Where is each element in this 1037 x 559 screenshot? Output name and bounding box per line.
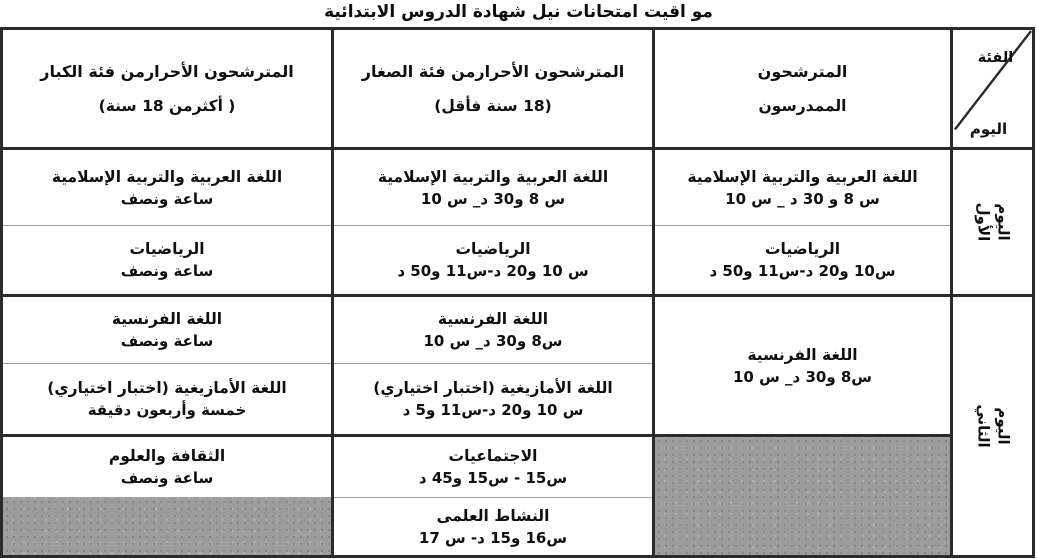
time: س16 و15 د- س 17: [338, 529, 648, 548]
day2-cell: اليوم الثاني: [952, 296, 1034, 557]
cell-young-amazigh: اللغة الأمازيغية (اختبار اختياري) س 10 و…: [333, 364, 654, 436]
cell-young-french: اللغة الفرنسية س8 و30 د_ س 10: [333, 296, 654, 364]
header-young-free-candidates: المترشحون الأحرارمن فئة الصغار (18 سنة ف…: [333, 29, 654, 149]
cell-young-arabic-islamic: اللغة العربية والتربية الإسلامية س 8 و30…: [333, 149, 654, 226]
time: س 8 و30 د_ س 10: [338, 190, 648, 209]
subject: الثقافة والعلوم: [7, 446, 327, 466]
cell-schooled-arabic-islamic: اللغة العربية والتربية الإسلامية س 8 و 3…: [654, 149, 952, 226]
time: س8 و30 د_ س 10: [338, 332, 648, 351]
time: س15 - س15 و45 د: [338, 469, 648, 488]
subject: اللغة الأمازيغية (اختبار اختياري): [338, 378, 648, 398]
header-young-line2: (18 سنة فأقل): [338, 97, 648, 115]
row-arabic-islamic: اليوم الأول اللغة العربية والتربية الإسل…: [2, 149, 1034, 226]
subject: اللغة العربية والتربية الإسلامية: [659, 167, 946, 187]
cell-schooled-french: اللغة الفرنسية س8 و30 د_ س 10: [654, 296, 952, 436]
exam-timetable: الفئة اليوم المترشحون الممدرسون المترشحو…: [0, 27, 1035, 558]
document-page: مو اقيت امتحانات نيل شهادة الدروس الابتد…: [0, 0, 1037, 559]
time: ساعة ونصف: [7, 262, 327, 281]
day-label: اليوم: [953, 120, 1024, 138]
header-adult-line1: المترشحون الأحرارمن فئة الكبار: [7, 62, 327, 83]
time: س 10 و20 د-س11 و5 د: [338, 401, 648, 420]
cell-young-social: الاجتماعيات س15 - س15 و45 د: [333, 436, 654, 498]
day1-label: اليوم الأول: [973, 196, 1012, 248]
time: س 10 و20 د-س11 و50 د: [338, 262, 648, 281]
subject: الرياضيات: [7, 239, 327, 259]
header-schooled-candidates: المترشحون الممدرسون: [654, 29, 952, 149]
row-math: الرياضيات س10 و20 د-س11 و50 د الرياضيات …: [2, 226, 1034, 296]
subject: اللغة الفرنسية: [659, 345, 946, 365]
subject: الرياضيات: [659, 239, 946, 259]
time: س 8 و 30 د _ س 10: [659, 190, 946, 209]
row-social: الاجتماعيات س15 - س15 و45 د الثقافة والع…: [2, 436, 1034, 498]
header-schooled-line1: المترشحون: [659, 62, 946, 83]
cell-adult-french: اللغة الفرنسية ساعة ونصف: [2, 296, 333, 364]
cell-schooled-math: الرياضيات س10 و20 د-س11 و50 د: [654, 226, 952, 296]
time: ساعة ونصف: [7, 190, 327, 209]
time: خمسة وأربعون دقيقة: [7, 401, 327, 420]
header-row: الفئة اليوم المترشحون الممدرسون المترشحو…: [2, 29, 1034, 149]
subject: الاجتماعيات: [338, 446, 648, 466]
header-adult-line2: ( أكثرمن 18 سنة): [7, 97, 327, 115]
cell-adult-amazigh: اللغة الأمازيغية (اختبار اختياري) خمسة و…: [2, 364, 333, 436]
subject: الرياضيات: [338, 239, 648, 259]
time: س10 و20 د-س11 و50 د: [659, 262, 946, 281]
subject: اللغة الأمازيغية (اختبار اختياري): [7, 378, 327, 398]
cell-young-math: الرياضيات س 10 و20 د-س11 و50 د: [333, 226, 654, 296]
day1-cell: اليوم الأول: [952, 149, 1034, 296]
time: ساعة ونصف: [7, 332, 327, 351]
category-label: الفئة: [959, 50, 1032, 66]
subject: اللغة العربية والتربية الإسلامية: [7, 167, 327, 187]
subject: اللغة الفرنسية: [338, 309, 648, 329]
row-french: اليوم الثاني اللغة الفرنسية س8 و30 د_ س …: [2, 296, 1034, 364]
cell-adult-culture-science: الثقافة والعلوم ساعة ونصف: [2, 436, 333, 498]
time: ساعة ونصف: [7, 469, 327, 488]
cell-adult-math: الرياضيات ساعة ونصف: [2, 226, 333, 296]
header-schooled-line2: الممدرسون: [659, 97, 946, 115]
cell-schooled-blocked: [654, 436, 952, 557]
cell-adult-blocked: [2, 498, 333, 557]
cell-adult-arabic-islamic: اللغة العربية والتربية الإسلامية ساعة ون…: [2, 149, 333, 226]
day2-label: اليوم الثاني: [973, 400, 1012, 452]
time: س8 و30 د_ س 10: [659, 368, 946, 387]
corner-cell: الفئة اليوم: [952, 29, 1034, 149]
cell-young-science: النشاط العلمى س16 و15 د- س 17: [333, 498, 654, 557]
header-young-line1: المترشحون الأحرارمن فئة الصغار: [338, 62, 648, 83]
header-adult-free-candidates: المترشحون الأحرارمن فئة الكبار ( أكثرمن …: [2, 29, 333, 149]
subject: اللغة العربية والتربية الإسلامية: [338, 167, 648, 187]
page-title: مو اقيت امتحانات نيل شهادة الدروس الابتد…: [0, 0, 1037, 26]
subject: اللغة الفرنسية: [7, 309, 327, 329]
subject: النشاط العلمى: [338, 506, 648, 526]
